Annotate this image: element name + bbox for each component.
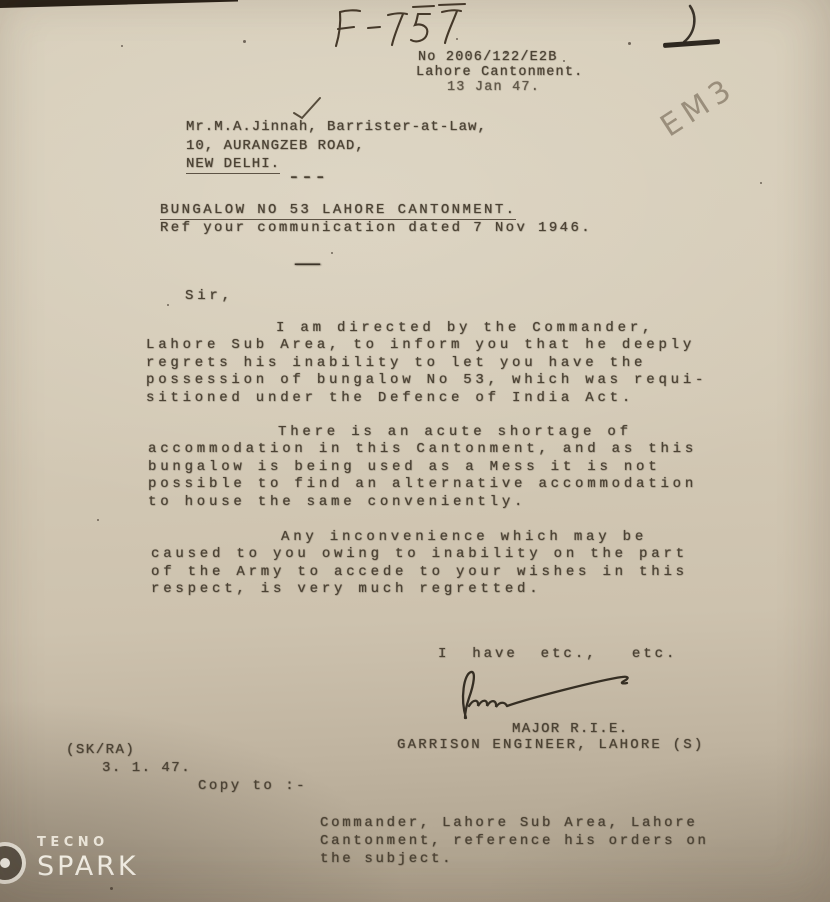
signature — [450, 664, 650, 724]
date-line: 13 Jan 47. — [447, 80, 540, 95]
salutation: Sir, — [185, 288, 234, 305]
paragraph-line: to house the same conveniently. — [148, 494, 697, 511]
paragraph-line: bungalow is being used as a Mess it is n… — [148, 459, 697, 476]
station-line: Lahore Cantonment. — [416, 65, 583, 80]
paragraph-line: accommodation in this Cantonment, and as… — [148, 441, 697, 458]
lens-highlight-dot — [0, 858, 10, 868]
watermark-brand: TECNO — [37, 835, 109, 850]
section-separator: — — [295, 255, 320, 273]
subject-reference: Ref your communication dated 7 Nov 1946. — [160, 220, 592, 238]
paragraph-line: sitioned under the Defence of India Act. — [146, 390, 707, 407]
page-mark-underline — [663, 39, 720, 47]
footer-date: 3. 1. 47. — [102, 760, 191, 776]
letter-content: EM3 No 2006/122/E2B Lahore Cantonment. 1… — [0, 0, 830, 902]
paragraph-3: Any inconvenience which may be caused to… — [151, 529, 688, 599]
paper-speck — [243, 40, 246, 43]
ref-number: No 2006/122/E2B — [418, 50, 558, 65]
paragraph-line: Any inconvenience which may be — [151, 529, 688, 546]
paper-speck — [563, 60, 565, 62]
pencil-note: EM3 — [654, 70, 742, 144]
paragraph-line: caused to you owing to inability on the … — [151, 546, 688, 563]
subject-block: BUNGALOW NO 53 LAHORE CANTONMENT. Ref yo… — [160, 202, 592, 238]
recipient-line-3: NEW DELHI. — [186, 155, 487, 174]
paragraph-line: respect, is very much regretted. — [151, 581, 688, 598]
paper-speck — [760, 182, 762, 184]
recipient-line-1: Mr.M.A.Jinnah, Barrister-at-Law, — [186, 118, 487, 137]
recipient-address: Mr.M.A.Jinnah, Barrister-at-Law, 10, AUR… — [186, 118, 487, 174]
paper-speck — [628, 42, 631, 45]
paragraph-line: of the Army to accede to your wishes in … — [151, 564, 688, 581]
copy-to-label: Copy to :- — [198, 778, 307, 794]
signatory-rank: MAJOR R.I.E. — [512, 721, 628, 737]
watermark-model: SPARK — [37, 851, 139, 882]
paper-speck — [167, 304, 169, 306]
copy-to-line: Cantonment, reference his orders on — [320, 832, 709, 850]
paper-speck — [110, 887, 113, 890]
paragraph-line: Lahore Sub Area, to inform you that he d… — [146, 337, 707, 354]
paper-speck — [331, 252, 333, 254]
closing-line: I have etc., etc. — [438, 646, 677, 662]
copy-to-block: Commander, Lahore Sub Area, Lahore Canto… — [320, 814, 709, 869]
letter-photo: EM3 No 2006/122/E2B Lahore Cantonment. 1… — [0, 0, 830, 902]
paper-speck — [505, 52, 507, 54]
signatory-title: GARRISON ENGINEER, LAHORE (S) — [397, 737, 704, 753]
paragraph-line: possible to find an alternative accommod… — [148, 476, 697, 493]
recipient-line-2: 10, AURANGZEB ROAD, — [186, 137, 487, 156]
paragraph-line: I am directed by the Commander, — [146, 320, 707, 337]
paragraph-2: There is an acute shortage of accommodat… — [148, 424, 697, 511]
address-separator: --- — [288, 170, 328, 186]
paragraph-1: I am directed by the Commander, Lahore S… — [146, 320, 707, 407]
paper-speck — [97, 519, 99, 521]
copy-to-line: Commander, Lahore Sub Area, Lahore — [320, 814, 709, 832]
paragraph-line: There is an acute shortage of — [148, 424, 697, 441]
copy-to-line: the subject. — [320, 850, 709, 868]
paper-speck — [121, 45, 123, 47]
handwritten-file-number — [326, 2, 478, 52]
subject-title: BUNGALOW NO 53 LAHORE CANTONMENT. — [160, 202, 592, 220]
photo-edge-shadow — [0, 0, 238, 8]
paragraph-line: regrets his inability to let you have th… — [146, 355, 707, 372]
typist-initials: (SK/RA) — [66, 742, 135, 758]
paper-speck — [456, 38, 458, 40]
paragraph-line: possession of bungalow No 53, which was … — [146, 372, 707, 389]
